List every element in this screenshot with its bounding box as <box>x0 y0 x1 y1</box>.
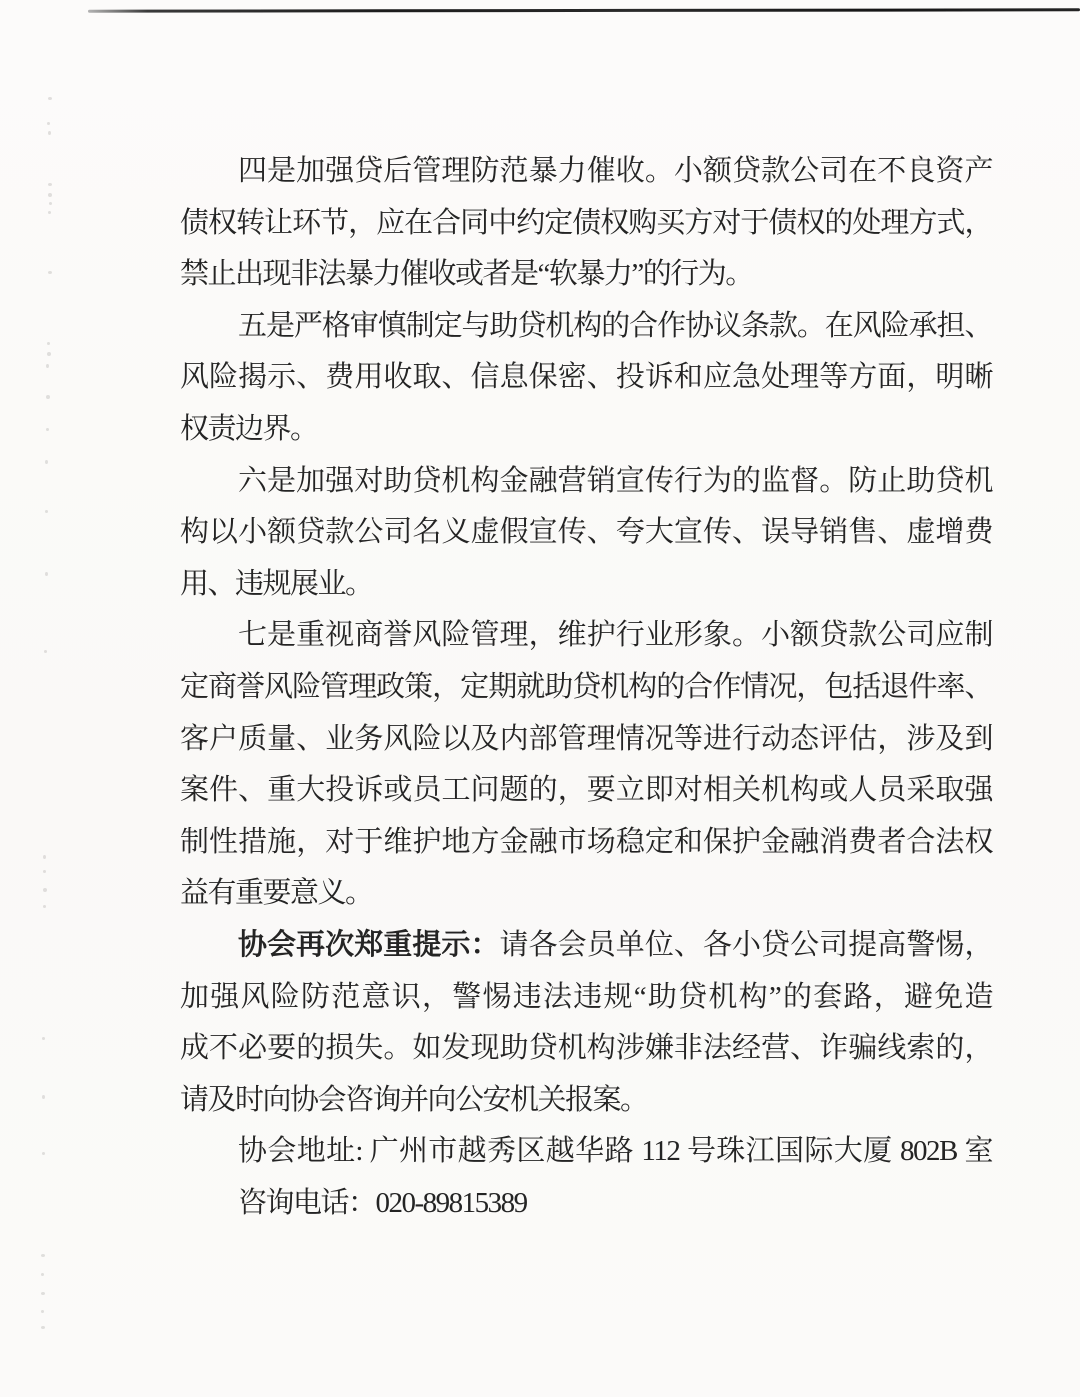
paragraph-7th-point-line-5: 制性措施，对于维护地方金融市场稳定和保护金融消费者合法权 <box>180 817 992 869</box>
scan-speckle <box>47 352 51 356</box>
scan-speckle <box>46 364 49 368</box>
paragraph-4th-point-line-1: 四是加强贷后管理防范暴力催收。小额贷款公司在不良资产 <box>180 146 992 198</box>
notice-paragraph-line-4: 请及时向协会咨询并向公安机关报案。 <box>180 1075 992 1127</box>
notice-paragraph-line-2: 加强风险防范意识，警惕违法违规“助贷机构”的套路，避免造 <box>180 972 992 1024</box>
scan-speckle <box>46 395 50 399</box>
scan-speckle <box>45 460 48 464</box>
scan-speckle <box>41 1326 45 1329</box>
notice-bold-lead: 协会再次郑重提示： <box>238 929 500 961</box>
paragraph-5th-point-line-3: 权责边界。 <box>180 404 992 456</box>
scan-speckle <box>42 1152 45 1155</box>
scan-speckle <box>43 870 46 873</box>
scan-speckle <box>48 131 51 135</box>
scan-speckle <box>47 122 50 125</box>
scan-speckle <box>49 202 52 205</box>
paragraph-7th-point-line-1: 七是重视商誉风险管理，维护行业形象。小额贷款公司应制 <box>180 610 992 662</box>
scan-speckle <box>48 271 52 274</box>
scan-speckle <box>43 905 46 908</box>
paragraph-6th-point-line-3: 用、违规展业。 <box>180 559 992 611</box>
scan-speckle <box>41 1254 45 1257</box>
scan-speckle <box>48 211 51 214</box>
notice-lead-rest: 请各会员单位、各小贷公司提高警惕， <box>500 929 992 961</box>
scan-speckle <box>42 1095 45 1099</box>
scan-speckle <box>42 1037 45 1040</box>
scan-speckle <box>43 855 46 859</box>
scan-speckle <box>45 510 48 513</box>
scan-artifact-top-line <box>88 8 1080 12</box>
notice-paragraph-line-1: 协会再次郑重提示：请各会员单位、各小贷公司提高警惕， <box>180 920 992 972</box>
paragraph-6th-point-line-1: 六是加强对助贷机构金融营销宣传行为的监督。防止助贷机 <box>180 456 992 508</box>
paragraph-6th-point-line-2: 构以小额贷款公司名义虚假宣传、夸大宣传、误导销售、虚增费 <box>180 507 992 559</box>
contact-phone-line: 咨询电话：020-89815389 <box>180 1178 992 1230</box>
paragraph-5th-point-line-2: 风险揭示、费用收取、信息保密、投诉和应急处理等方面，明晰 <box>180 352 992 404</box>
paragraph-4th-point-line-3: 禁止出现非法暴力催收或者是“软暴力”的行为。 <box>180 249 992 301</box>
scan-speckle <box>47 342 50 345</box>
scan-speckle <box>41 1273 44 1276</box>
paragraph-7th-point-line-3: 客户质量、业务风险以及内部管理情况等进行动态评估，涉及到 <box>180 714 992 766</box>
scan-speckle <box>45 572 48 576</box>
scan-speckle <box>48 97 52 100</box>
paragraph-7th-point-line-2: 定商誉风险管理政策，定期就助贷机构的合作情况，包括退件率、 <box>180 662 992 714</box>
notice-paragraph-line-3: 成不必要的损失。如发现助贷机构涉嫌非法经营、诈骗线索的， <box>180 1023 992 1075</box>
paragraph-5th-point-line-1: 五是严格审慎制定与助贷机构的合作协议条款。在风险承担、 <box>180 301 992 353</box>
scan-speckle <box>48 193 52 197</box>
scanned-document-page: 四是加强贷后管理防范暴力催收。小额贷款公司在不良资产 债权转让环节，应在合同中约… <box>0 0 1080 1397</box>
paragraph-4th-point-line-2: 债权转让环节，应在合同中约定债权购买方对于债权的处理方式， <box>180 198 992 250</box>
scan-speckle <box>41 1292 45 1295</box>
scan-speckle <box>41 1310 44 1313</box>
paragraph-7th-point-line-4: 案件、重大投诉或员工问题的，要立即对相关机构或人员采取强 <box>180 765 992 817</box>
scan-speckle <box>44 650 47 653</box>
contact-address-line: 协会地址: 广州市越秀区越华路 112 号珠江国际大厦 802B 室 <box>180 1126 992 1178</box>
scan-speckle <box>48 183 52 186</box>
scan-speckle <box>46 428 49 431</box>
document-text-block: 四是加强贷后管理防范暴力催收。小额贷款公司在不良资产 债权转让环节，应在合同中约… <box>180 146 992 1229</box>
scan-speckle <box>43 888 47 892</box>
paragraph-7th-point-line-6: 益有重要意义。 <box>180 868 992 920</box>
